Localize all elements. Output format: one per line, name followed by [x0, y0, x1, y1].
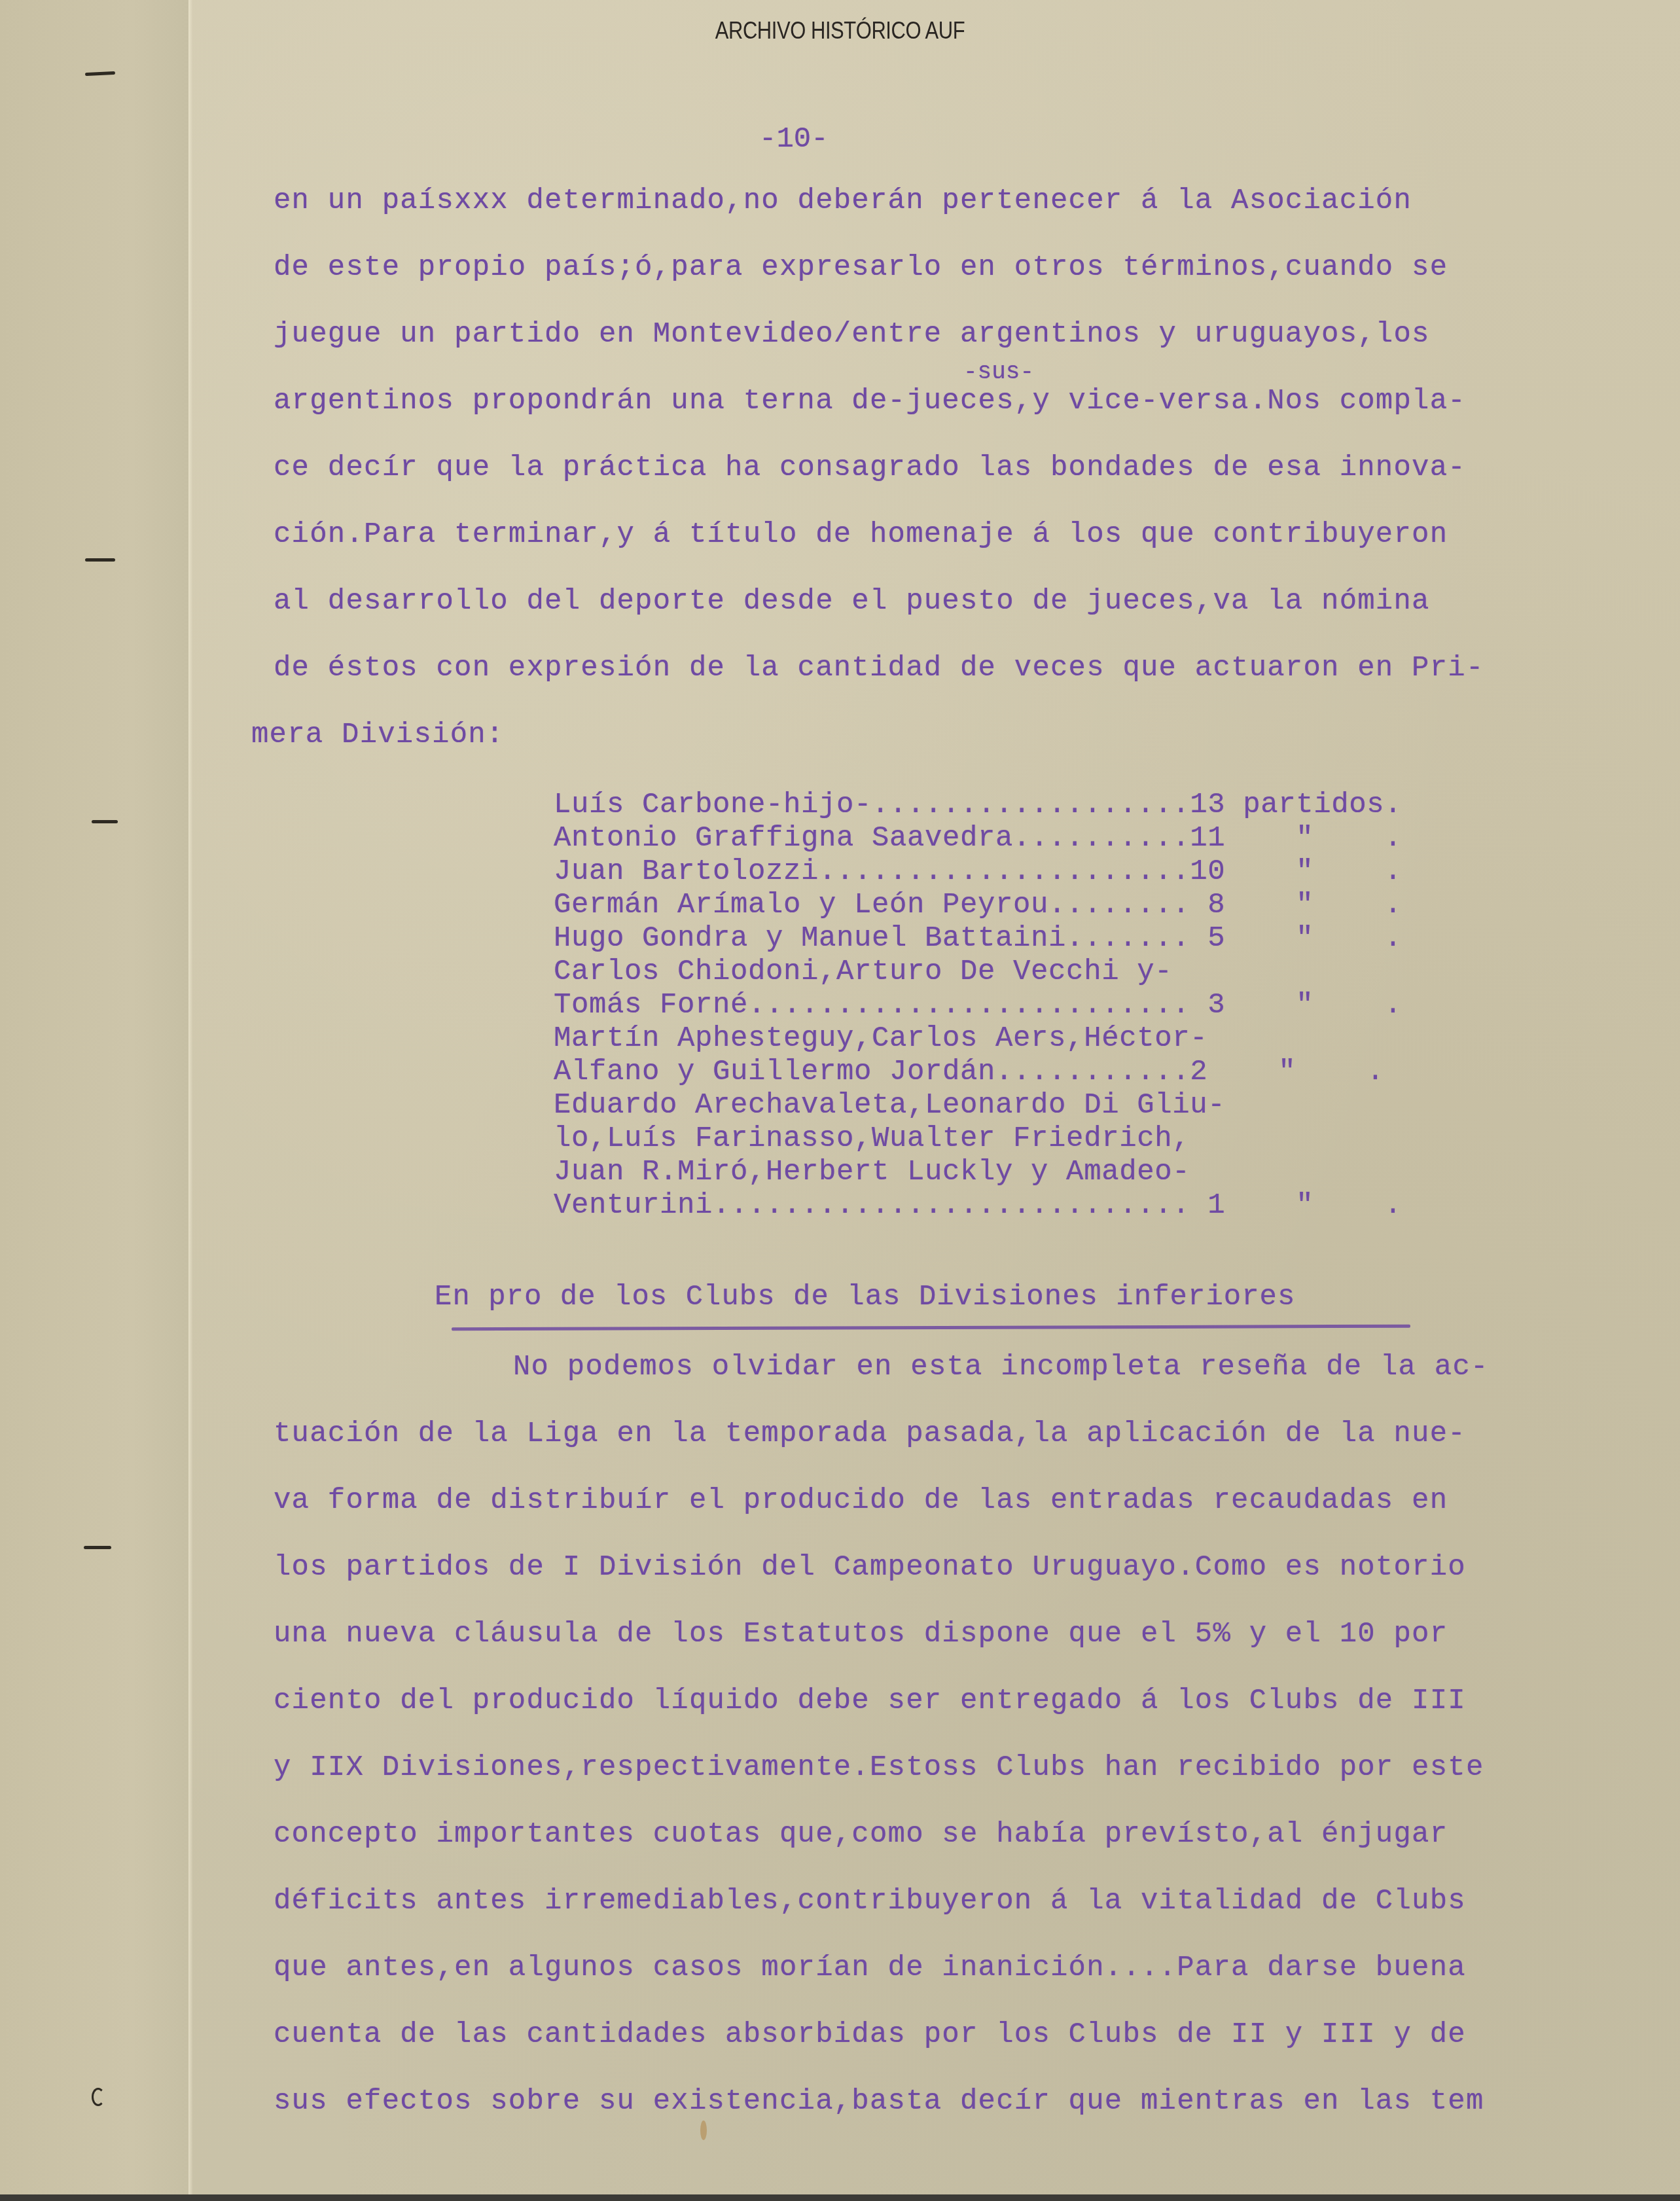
archive-header: ARCHIVO HISTÓRICO AUF	[118, 17, 1563, 45]
text-line: de éstos con expresión de la cantidad de…	[274, 652, 1484, 685]
interlinear-insert: -sus-	[963, 359, 1034, 385]
text-line: concepto importantes cuotas que,como se …	[274, 1818, 1448, 1851]
text-line: ciento del producido líquido debe ser en…	[274, 1685, 1466, 1717]
text-line: que antes,en algunos casos morían de ina…	[274, 1952, 1466, 1984]
text-line: ce decír que la práctica ha consagrado l…	[274, 452, 1466, 484]
list-item: Luís Carbone-hijo-..................13 p…	[554, 789, 1402, 821]
text-line: tuación de la Liga en la temporada pasad…	[274, 1418, 1466, 1450]
text-line: va forma de distribuír el producido de l…	[274, 1484, 1448, 1517]
list-item: Eduardo Arechavaleta,Leonardo Di Gliu-	[554, 1089, 1225, 1122]
text-line: y IIX Divisiones,respectivamente.Estoss …	[274, 1751, 1484, 1784]
text-line: juegue un partido en Montevideo/entre ar…	[274, 318, 1430, 351]
section-heading: En pro de los Clubs de las Divisiones in…	[435, 1281, 1295, 1314]
ink-stain	[700, 2120, 707, 2140]
list-item: Martín Aphesteguy,Carlos Aers,Héctor-	[554, 1022, 1207, 1055]
text-line: argentinos propondrán una terna de-juece…	[274, 385, 1466, 418]
list-item: Antonio Graffigna Saavedra..........11 "…	[554, 822, 1402, 855]
page-number: -10-	[759, 123, 829, 156]
list-item: Hugo Gondra y Manuel Battaini....... 5 "…	[554, 922, 1402, 955]
text-line: mera División:	[251, 719, 504, 751]
list-item: Germán Arímalo y León Peyrou........ 8 "…	[554, 889, 1402, 922]
punch-mark	[92, 820, 118, 823]
scan-bottom-edge	[0, 2194, 1680, 2201]
punch-mark	[84, 1546, 111, 1549]
text-line: una nueva cláusula de los Estatutos disp…	[274, 1618, 1448, 1651]
text-line: déficits antes irremediables,contribuyer…	[274, 1885, 1466, 1918]
text-line: de este propio país;ó,para expresarlo en…	[274, 251, 1448, 284]
list-item: Tomás Forné......................... 3 "…	[554, 989, 1402, 1022]
list-item: Venturini........................... 1 "…	[554, 1189, 1402, 1222]
text-line: al desarrollo del deporte desde el puest…	[274, 585, 1430, 618]
text-line: cuenta de las cantidades absorbidas por …	[274, 2018, 1466, 2051]
list-item: Carlos Chiodoni,Arturo De Vecchi y-	[554, 956, 1172, 988]
text-line: ción.Para terminar,y á título de homenaj…	[274, 518, 1448, 551]
list-item: lo,Luís Farinasso,Wualter Friedrich,	[554, 1122, 1190, 1155]
text-line: los partidos de I División del Campeonat…	[274, 1551, 1466, 1584]
paper-fold-line	[188, 0, 192, 2201]
binding-margin	[0, 0, 188, 2201]
text-line: No podemos olvidar en esta incompleta re…	[513, 1351, 1489, 1384]
list-item: Juan R.Miró,Herbert Luckly y Amadeo-	[554, 1156, 1190, 1189]
text-line: en un paísxxx determinado,no deberán per…	[274, 185, 1412, 217]
punch-mark	[85, 558, 115, 562]
staple-hole	[92, 2088, 105, 2106]
text-line: sus efectos sobre su existencia,basta de…	[274, 2085, 1484, 2118]
list-item: Alfano y Guillermo Jordán...........2 " …	[554, 1056, 1384, 1088]
list-item: Juan Bartolozzi.....................10 "…	[554, 855, 1402, 888]
